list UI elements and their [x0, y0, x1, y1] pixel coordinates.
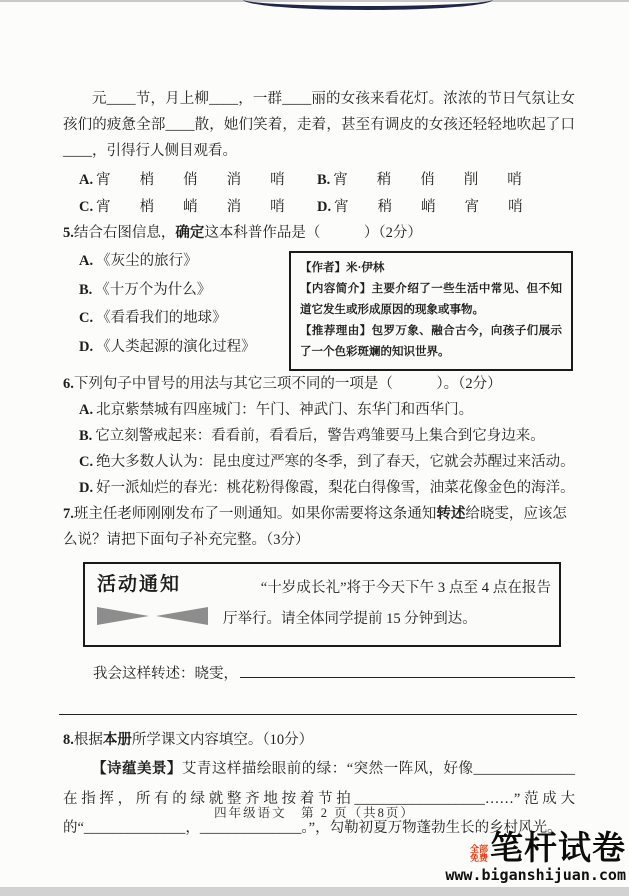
activity-notice-box: 活动通知 “十岁成长礼”将于今天下午 3 点至 4 点在报告厅举行。请全体同学提…	[83, 562, 561, 647]
q7-stem-text: 班主任老师刚刚发布了一则通知。如果你需要将这条通知	[74, 506, 437, 522]
option-chars: 宵 稍 俏 削 哨	[333, 172, 522, 188]
q6-option-c: C.绝大多数人认为：昆虫度过严寒的冬季，到了春天，它就会苏醒过来活动。	[79, 449, 575, 475]
q5-option-c: C.《看看我们的地球》	[63, 304, 289, 333]
ribbon-left-icon	[97, 607, 149, 625]
question-number: 7.	[63, 506, 74, 522]
watermark-url: www.biganshijuan.com	[445, 866, 626, 885]
option-letter: A.	[79, 172, 93, 188]
option-sentence: 绝大多数人认为：昆虫度过严寒的冬季，到了春天，它就会苏醒过来活动。	[96, 454, 575, 470]
q5-stem-text: 结合右图信息，	[74, 225, 176, 241]
notice-title: 活动通知	[97, 573, 219, 597]
option-chars: 宵 稍 峭 宵 哨	[334, 199, 523, 215]
info-label: 【推荐理由】	[300, 325, 372, 337]
scanned-exam-page: 元____节，月上柳____，一群____丽的女孩来看花灯。浓浓的节日气氛让女孩…	[0, 0, 629, 896]
option-letter: C.	[79, 310, 93, 326]
q7-stem-emphasis: 转述	[436, 506, 465, 522]
option-letter: C.	[79, 199, 93, 215]
scan-bottom-edge	[0, 887, 629, 896]
info-label: 【内容简介】	[300, 283, 372, 295]
book-info-box: 【作者】米·伊林 【内容简介】主要介绍了一些生活中常见、但不知道它发生或形成原因…	[289, 251, 573, 371]
book-title: 《灰尘的旅行》	[96, 253, 198, 269]
ribbon-right-icon	[156, 607, 208, 625]
notice-body: “十岁成长礼”将于今天下午 3 点至 4 点在报告厅举行。请全体同学提前 15 …	[219, 573, 551, 635]
option-letter: B.	[79, 282, 92, 298]
q8-stem-tail: 所学课文内容填空。（10分）	[132, 732, 313, 748]
info-label: 【作者】	[300, 262, 346, 274]
q5-option-a: A.《灰尘的旅行》	[63, 247, 289, 276]
option-letter: C.	[79, 454, 93, 470]
q5-stem: 5.结合右图信息，确定这本科普作品是（ ）（2分）	[63, 220, 575, 246]
option-chars: 宵 梢 俏 消 哨	[96, 172, 285, 188]
watermark: 全部免费 笔杆试卷 www.biganshijuan.com	[445, 833, 626, 885]
info-recommendation: 【推荐理由】包罗万象、融合古今，向孩子们展示了一个色彩斑斓的知识世界。	[300, 321, 562, 363]
answer-rule-line	[59, 714, 577, 715]
q4-cloze-paragraph: 元____节，月上柳____，一群____丽的女孩来看花灯。浓浓的节日气氛让女孩…	[63, 86, 575, 164]
q6-options: A.北京紫禁城有四座城门：午门、神武门、东华门和西华门。 B.它立刻警戒起来：看…	[63, 397, 575, 501]
option-letter: B.	[317, 172, 330, 188]
notice-header: 活动通知	[97, 573, 219, 635]
page-footer: 四年级语文 第 2 页（共8页）	[0, 803, 629, 821]
option-sentence: 好一派灿烂的春光：桃花粉得像霞，梨花白得像雪，油菜花像金色的海洋。	[96, 480, 575, 496]
q8-stem: 8.根据本册所学课文内容填空。（10分）	[63, 727, 575, 753]
q6-option-d: D.好一派灿烂的春光：桃花粉得像霞，梨花白得像雪，油菜花像金色的海洋。	[79, 475, 575, 501]
answer-blank-line	[240, 660, 575, 678]
q8-stem-text: 根据	[74, 732, 103, 748]
info-text: 米·伊林	[346, 262, 384, 274]
q5-stem-tail: 这本科普作品是（ ）（2分）	[204, 225, 422, 241]
q6-option-a: A.北京紫禁城有四座城门：午门、神武门、东华门和西华门。	[79, 397, 575, 423]
option-letter: B.	[79, 428, 92, 444]
info-author: 【作者】米·伊林	[300, 258, 562, 279]
question-number: 8.	[63, 732, 74, 748]
q4-options: A.宵 梢 俏 消 哨 B.宵 稍 俏 削 哨 C.宵 梢 峭 消 哨 D.宵 …	[63, 167, 575, 220]
q6-option-b: B.它立刻警戒起来：看看前，看看后，警告鸡雏要马上集合到它身边来。	[79, 423, 575, 449]
watermark-brand-row: 全部免费 笔杆试卷	[445, 833, 626, 866]
option-sentence: 北京紫禁城有四座城门：午门、神武门、东华门和西华门。	[96, 402, 473, 418]
info-summary: 【内容简介】主要介绍了一些生活中常见、但不知道它发生或形成原因的现象或事物。	[300, 279, 562, 321]
option-letter: D.	[79, 339, 93, 355]
exam-content: 元____节，月上柳____，一群____丽的女孩来看花灯。浓浓的节日气氛让女孩…	[63, 86, 575, 844]
option-letter: D.	[79, 480, 93, 496]
option-letter: A.	[79, 253, 93, 269]
q5-stem-emphasis: 确定	[175, 225, 204, 241]
q7-stem: 7.班主任老师刚刚发布了一则通知。如果你需要将这条通知转述给晓雯，应该怎么说？请…	[63, 501, 575, 553]
q5-option-d: D.《人类起源的演化过程》	[63, 333, 289, 362]
q8-stem-emphasis: 本册	[103, 732, 132, 748]
q4-option-d: D.宵 稍 峭 宵 哨	[317, 194, 575, 220]
q8-section: 8.根据本册所学课文内容填空。（10分） 【诗蕴美景】艾青这样描绘眼前的绿：“突…	[63, 727, 575, 844]
question-number: 6.	[63, 376, 74, 392]
question-number: 5.	[63, 225, 74, 241]
q5-body: A.《灰尘的旅行》 B.《十万个为什么》 C.《看看我们的地球》 D.《人类起源…	[63, 247, 575, 371]
q5-option-b: B.《十万个为什么》	[63, 276, 289, 305]
option-chars: 宵 梢 峭 消 哨	[96, 199, 285, 215]
ribbon-divider-icon	[97, 607, 219, 625]
q4-option-c: C.宵 梢 峭 消 哨	[79, 194, 317, 220]
q6-stem-text: 下列句子中冒号的用法与其它三项不同的一项是（ ）。（2分）	[74, 376, 502, 392]
q8-tag: 【诗蕴美景】	[92, 761, 182, 777]
retell-answer-row: 我会这样转述：晓雯，	[93, 660, 575, 687]
q5-options: A.《灰尘的旅行》 B.《十万个为什么》 C.《看看我们的地球》 D.《人类起源…	[63, 247, 289, 371]
retell-prefix: 我会这样转述：晓雯，	[93, 661, 238, 687]
option-sentence: 它立刻警戒起来：看看前，看看后，警告鸡雏要马上集合到它身边来。	[95, 428, 545, 444]
q4-option-b: B.宵 稍 俏 削 哨	[317, 167, 575, 193]
scan-fold-artifact	[243, 0, 493, 10]
q4-option-a: A.宵 梢 俏 消 哨	[79, 167, 317, 193]
option-letter: A.	[79, 402, 93, 418]
watermark-free-badge: 全部免费	[470, 845, 490, 863]
book-title: 《人类起源的演化过程》	[96, 339, 256, 355]
book-title: 《看看我们的地球》	[96, 310, 227, 326]
q6-stem: 6.下列句子中冒号的用法与其它三项不同的一项是（ ）。（2分）	[63, 371, 575, 397]
book-title: 《十万个为什么》	[95, 282, 211, 298]
option-letter: D.	[317, 199, 331, 215]
watermark-brand: 笔杆试卷	[490, 833, 626, 866]
